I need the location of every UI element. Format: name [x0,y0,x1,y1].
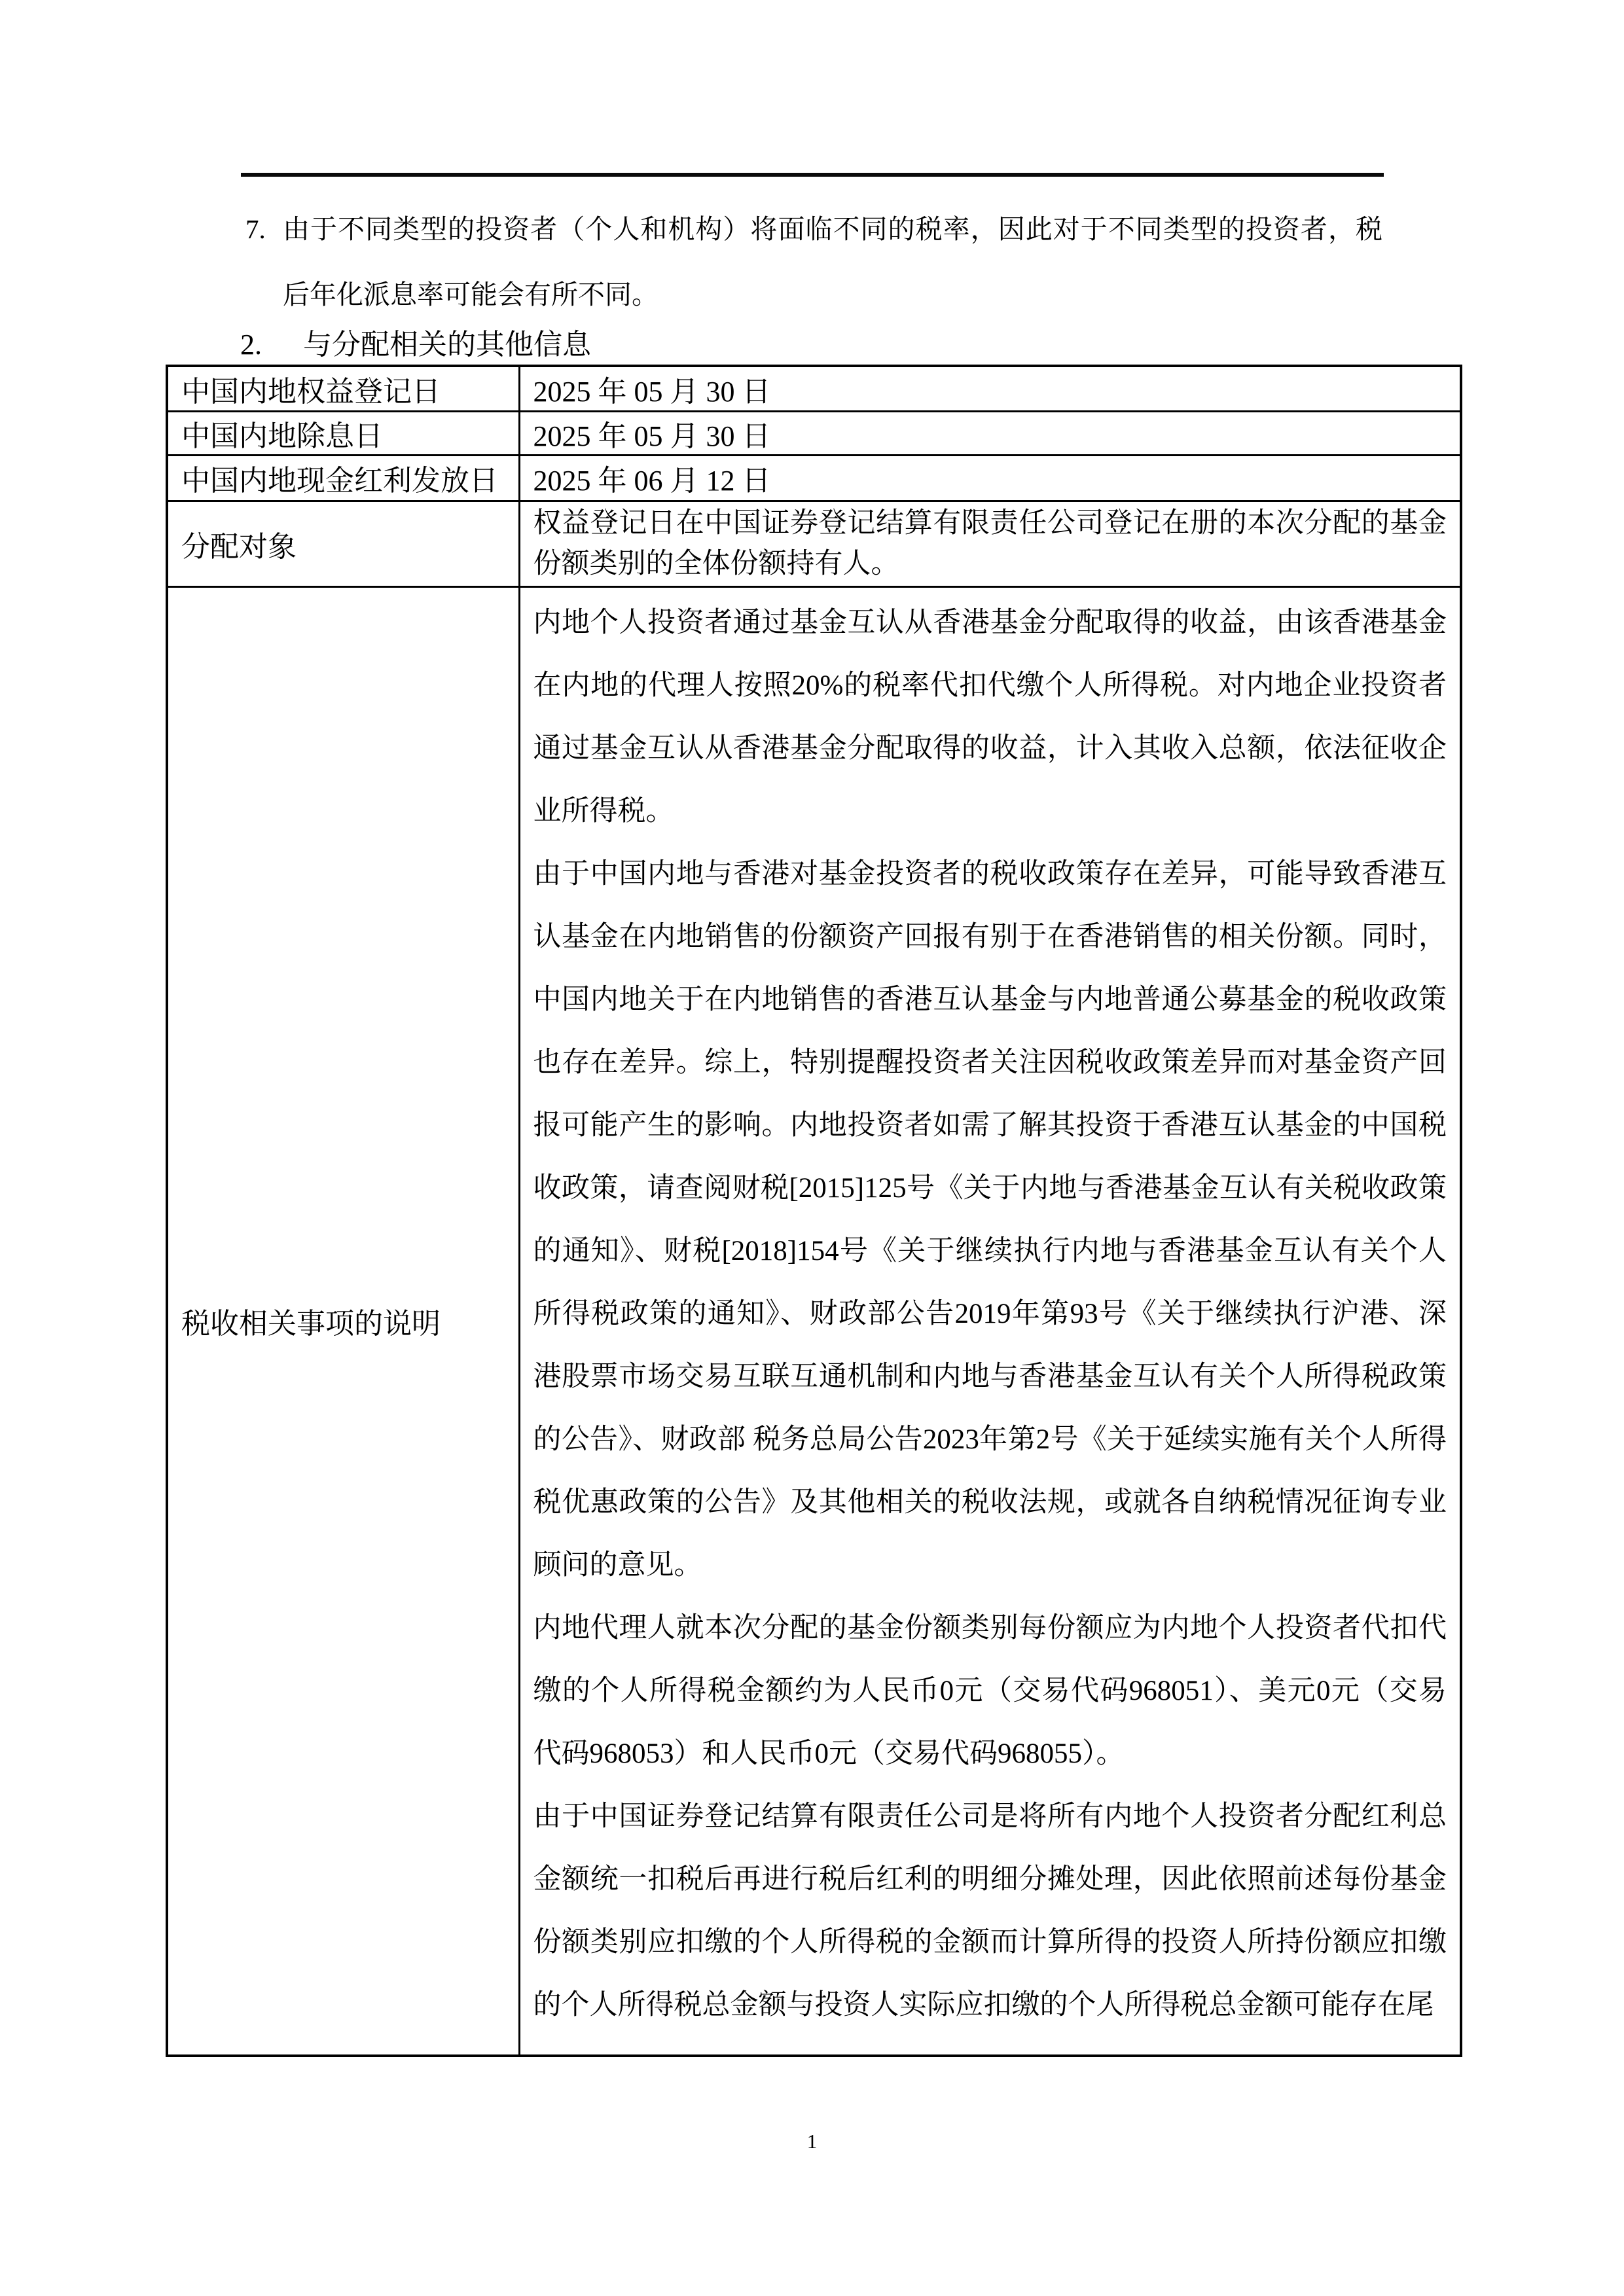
row-label-payment-date: 中国内地现金红利发放日 [167,455,519,501]
table-row: 中国内地除息日 2025 年 05 月 30 日 [167,411,1461,455]
table-row: 中国内地现金红利发放日 2025 年 06 月 12 日 [167,455,1461,501]
tax-notes-paragraph: 由于中国证券登记结算有限责任公司是将所有内地个人投资者分配红利总金额统一扣税后再… [533,1785,1447,2037]
row-label-record-date: 中国内地权益登记日 [167,366,519,411]
section-heading-marker: 2. [240,322,303,368]
document-page: 7. 由于不同类型的投资者（个人和机构）将面临不同的税率，因此对于不同类型的投资… [0,0,1624,2296]
header-rule [241,173,1384,177]
tax-notes-paragraph: 由于中国内地与香港对基金投资者的税收政策存在差异，可能导致香港互认基金在内地销售… [533,843,1447,1597]
section-heading-label: 与分配相关的其他信息 [303,329,591,361]
row-value-record-date: 2025 年 05 月 30 日 [519,366,1461,411]
section-heading: 2.与分配相关的其他信息 [240,322,591,368]
distribution-info-table: 中国内地权益登记日 2025 年 05 月 30 日 中国内地除息日 2025 … [166,365,1462,2057]
row-label-tax-notes: 税收相关事项的说明 [167,586,519,2056]
row-label-distribution-target: 分配对象 [167,501,519,586]
list-item-7-marker: 7. [245,196,266,262]
row-value-ex-dividend-date: 2025 年 05 月 30 日 [519,411,1461,455]
tax-notes-paragraphs: 内地个人投资者通过基金互认从香港基金分配取得的收益，由该香港基金在内地的代理人按… [533,592,1447,2048]
table-row: 中国内地权益登记日 2025 年 05 月 30 日 [167,366,1461,411]
table-row: 税收相关事项的说明 内地个人投资者通过基金互认从香港基金分配取得的收益，由该香港… [167,586,1461,2056]
row-value-payment-date: 2025 年 06 月 12 日 [519,455,1461,501]
page-number: 1 [0,2128,1624,2155]
row-value-distribution-target: 权益登记日在中国证券登记结算有限责任公司登记在册的本次分配的基金份额类别的全体份… [519,501,1461,586]
row-value-tax-notes: 内地个人投资者通过基金互认从香港基金分配取得的收益，由该香港基金在内地的代理人按… [519,586,1461,2056]
tax-notes-paragraph: 内地代理人就本次分配的基金份额类别每份额应为内地个人投资者代扣代缴的个人所得税金… [533,1597,1447,1785]
list-item-7-text: 由于不同类型的投资者（个人和机构）将面临不同的税率，因此对于不同类型的投资者，税… [283,196,1382,327]
tax-notes-paragraph: 内地个人投资者通过基金互认从香港基金分配取得的收益，由该香港基金在内地的代理人按… [533,592,1447,843]
table-row: 分配对象 权益登记日在中国证券登记结算有限责任公司登记在册的本次分配的基金份额类… [167,501,1461,586]
row-label-ex-dividend-date: 中国内地除息日 [167,411,519,455]
